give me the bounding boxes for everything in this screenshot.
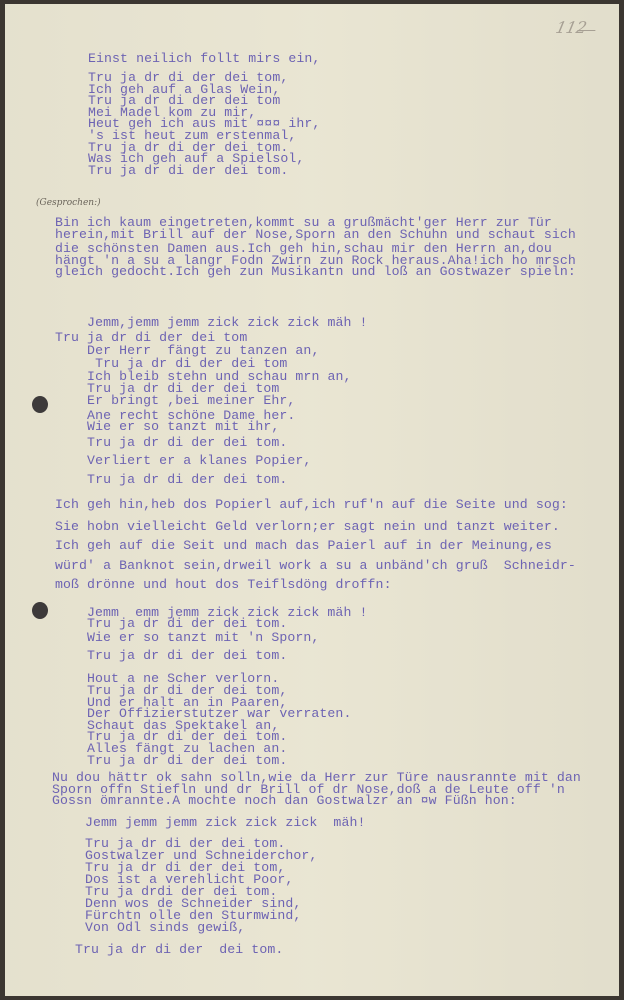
handwritten-annotation: (Gesprochen:) [36,198,101,208]
verse-line: Jemm,jemm jemm zick zick zick mäh ! [55,316,368,330]
verse-line: Tru ja dr di der dei tom. [55,470,368,490]
verse-line: Wie er so tanzt mit ihr, [55,422,368,432]
verse-line: Von Odl sinds gewiß, [85,922,317,934]
prose-line: moß drönne und hout dos Teiflsdöng droff… [55,576,576,594]
prose-line: Sie hobn vielleicht Geld verlorn;er sagt… [55,517,576,537]
spoken-passage-2: Ich geh hin,heb dos Popierl auf,ich ruf'… [55,493,576,594]
stanza1: Tru ja dr di der dei tom, Ich geh auf a … [88,72,320,176]
page-number: 112 [554,18,589,37]
prose-line: Gossn ömrannte.A mochte noch dan Gostwal… [52,795,581,807]
verse-line: Tru ja dr di der dei tom. [87,755,367,767]
stanza4: Tru ja dr di der dei tom. Gostwalzer und… [85,838,317,934]
stanza3: Jemm emm jemm zick zick zick mäh ! Tru j… [87,607,367,766]
punch-hole [32,602,48,619]
stanza1-intro: Einst neilich follt mirs ein, [88,52,320,65]
prose-line: gleich gedocht.Ich geh zun Musikantn und… [55,266,576,278]
verse-line: Tru ja dr di der dei tom. [87,646,367,666]
stanza2: Jemm,jemm jemm zick zick zick mäh ! Tru … [55,316,368,490]
verse-line: Verliert er a klanes Popier, [55,452,368,470]
spoken-passage-1: Bin ich kaum eingetreten,kommt su a gruß… [55,217,576,278]
prose-line: Ich geh hin,heb dos Popierl auf,ich ruf'… [55,493,576,517]
spoken-passage-3: Nu dou hättr ok sahn solln,wie da Herr z… [52,772,581,807]
stanza4-final-line: Tru ja dr di der dei tom. [75,943,283,956]
verse-line: Er bringt ,bei meiner Ehr, [55,395,368,407]
prose-line: Ich geh auf die Seit und mach das Paierl… [55,537,576,555]
punch-hole [32,396,48,413]
verse-line: Wie er so tanzt mit 'n Sporn, [87,630,367,646]
stanza4-intro: Jemm jemm jemm zick zick zick mäh! [85,816,365,829]
prose-line: würd' a Banknot sein,drweil work a su a … [55,555,576,576]
prose-line: herein,mit Brill auf der Nose,Sporn an d… [55,229,576,241]
verse-line: Tru ja dr di der dei tom. [88,165,320,177]
verse-line: Tru ja dr di der dei tom. [55,434,368,452]
